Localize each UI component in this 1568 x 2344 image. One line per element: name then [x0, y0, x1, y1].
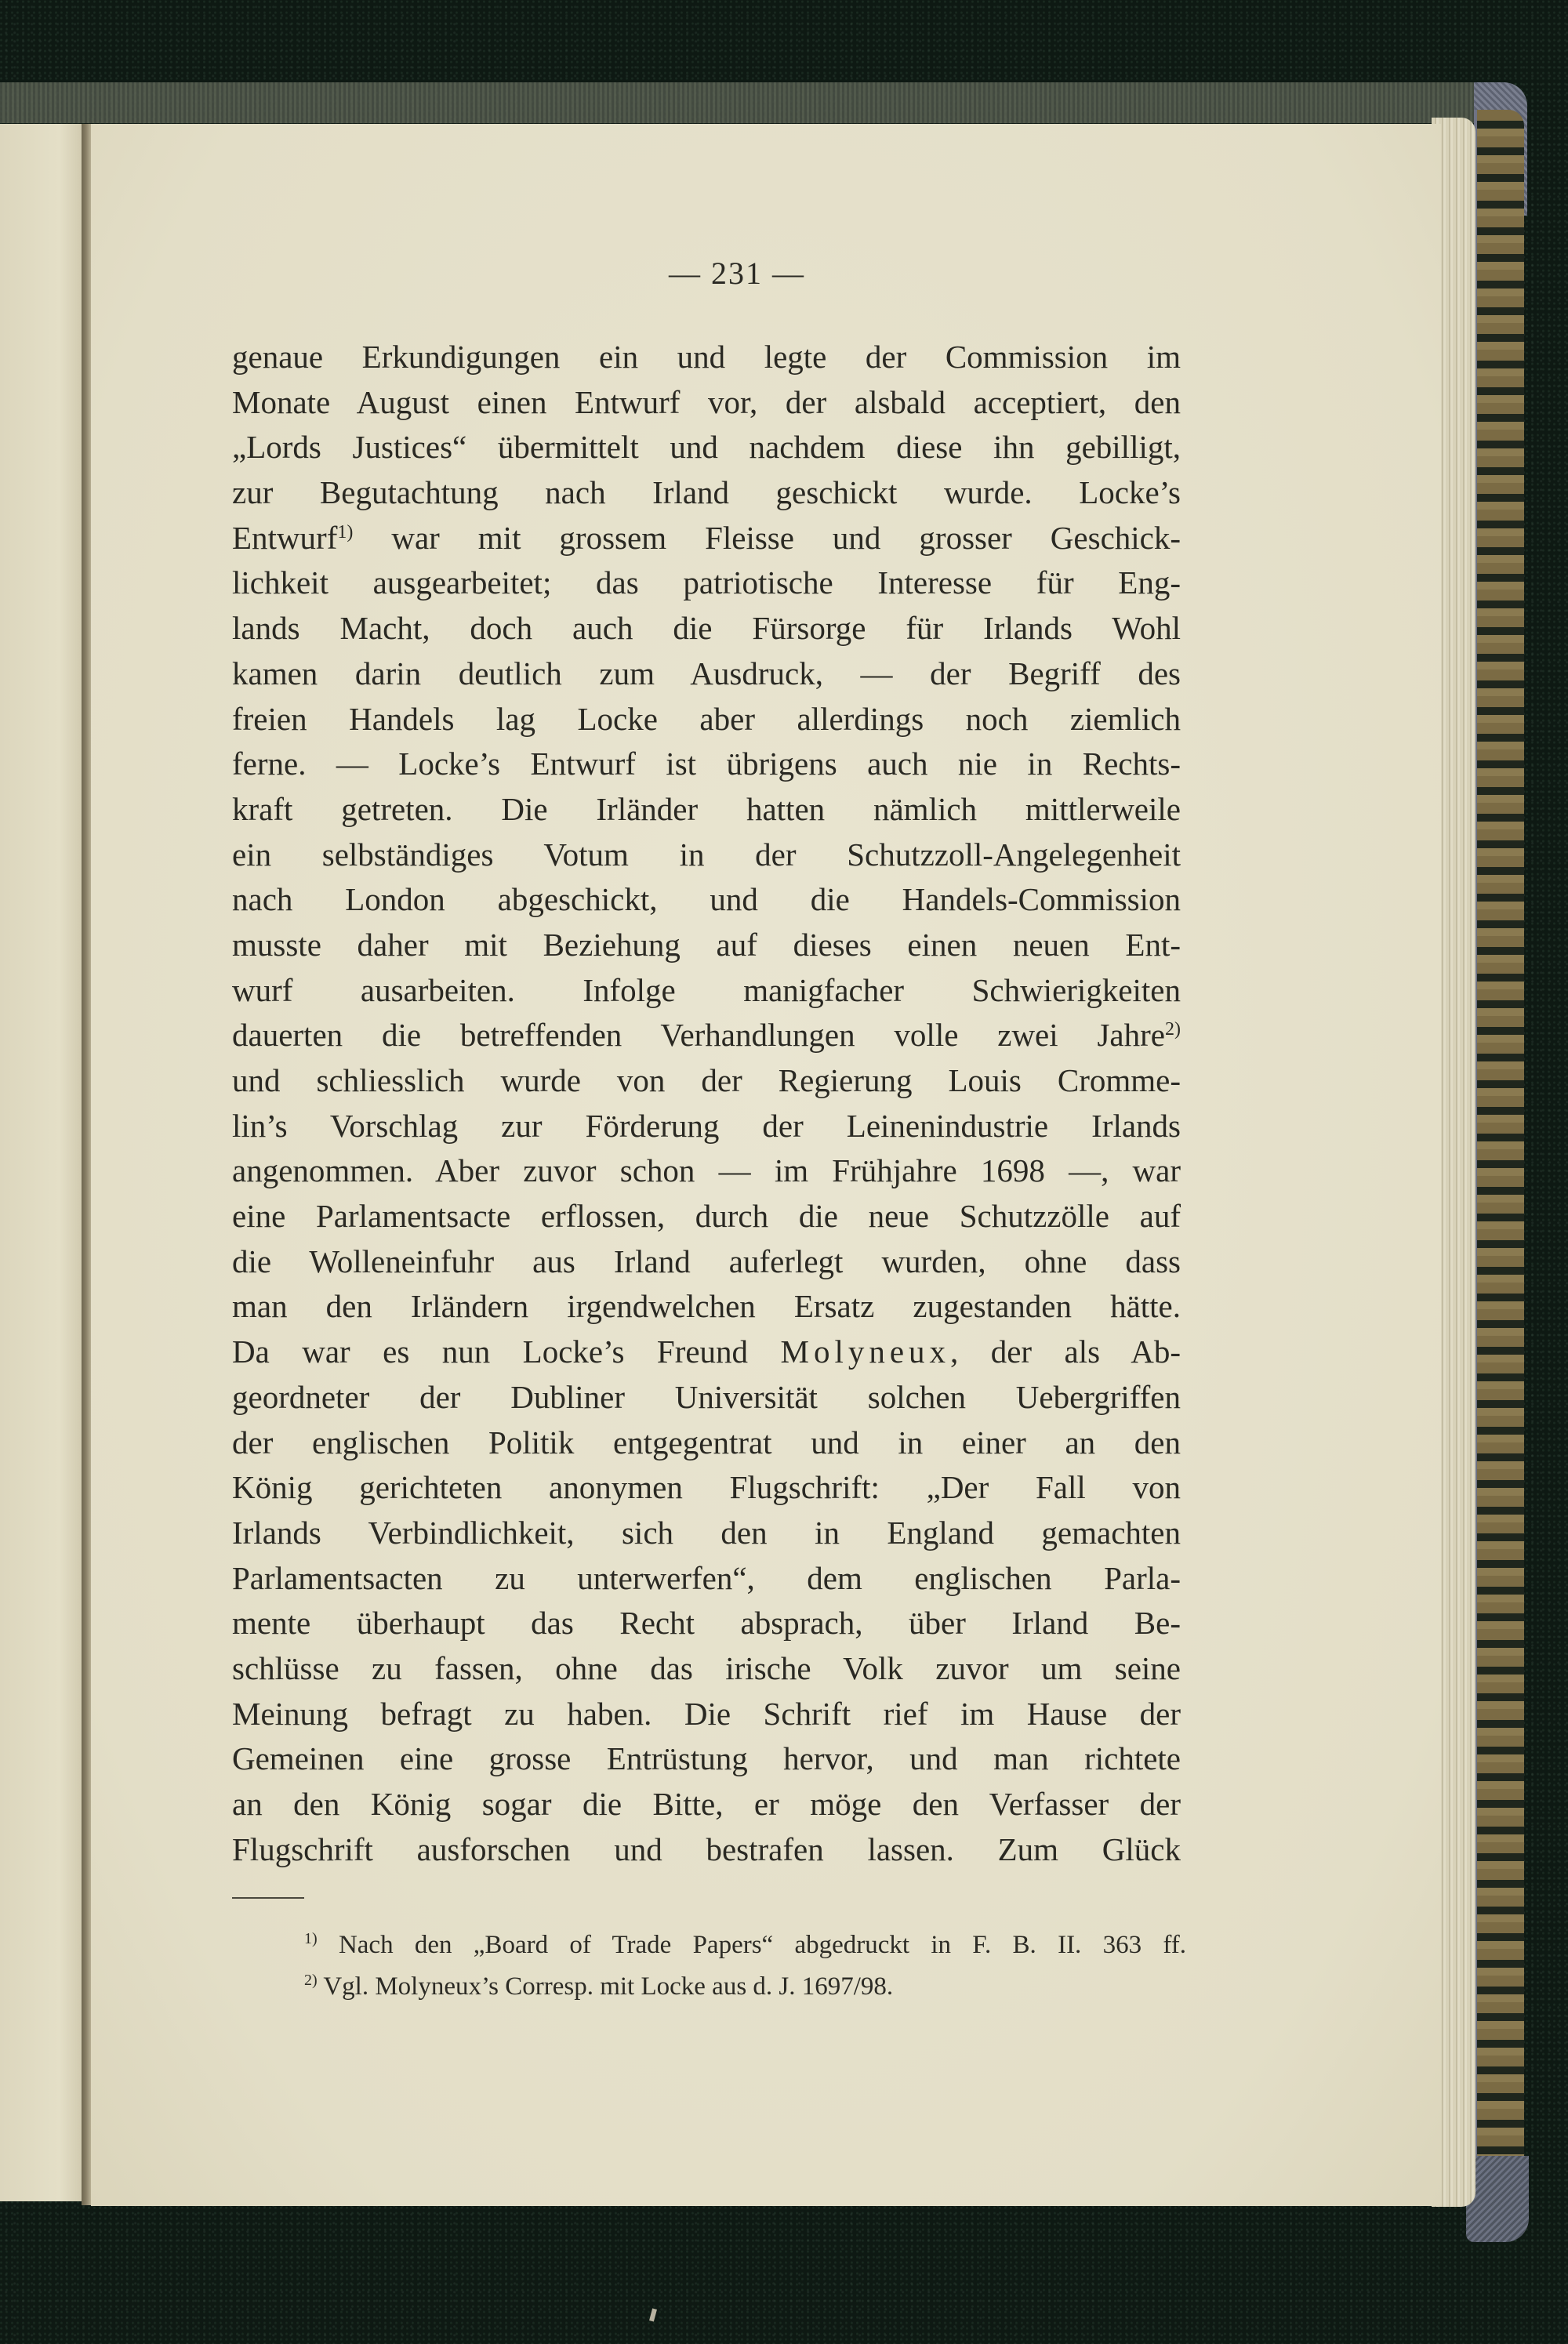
footnote-text: Vgl. Molyneux’s Corresp. mit Locke aus d…: [323, 1972, 893, 2001]
text-line: „Lords Justices“ übermittelt und nachdem…: [232, 425, 1181, 470]
footnote-separator-rule: [232, 1897, 304, 1899]
book-spine-binding: [1477, 110, 1524, 2219]
text-line: wurf ausarbeiten. Infolge manigfacher Sc…: [232, 968, 1181, 1014]
text-line: eine Parlamentsacte erflossen, durch die…: [232, 1194, 1181, 1239]
text-line: lichkeit ausgearbeitet; das patriotische…: [232, 561, 1181, 606]
footnote-ref-1[interactable]: 1): [337, 522, 353, 542]
text-fragment: Entwurf: [232, 520, 337, 556]
text-line: der englischen Politik entgegentrat und …: [232, 1421, 1181, 1466]
page-number: — 231 —: [0, 255, 1474, 292]
footnote-mark: 1): [304, 1930, 318, 1947]
text-fragment: Da war es nun Locke’s Freund: [232, 1333, 748, 1370]
text-line: ein selbständiges Votum in der Schutzzol…: [232, 833, 1181, 878]
book-gutter: [82, 124, 91, 2205]
text-line: nach London abgeschickt, und die Handels…: [232, 877, 1181, 923]
text-line: an den König sogar die Bitte, er möge de…: [232, 1782, 1181, 1827]
text-line: man den Irländern irgendwelchen Ersatz z…: [232, 1284, 1181, 1330]
footnotes: 1) Nach den „Board of Trade Papers“ abge…: [304, 1925, 1186, 2008]
text-line: Meinung befragt zu haben. Die Schrift ri…: [232, 1692, 1181, 1737]
text-line: die Wolleneinfuhr aus Irland auferlegt w…: [232, 1239, 1181, 1285]
footnote-mark: 2): [304, 1972, 318, 1989]
footnote-2: 2) Vgl. Molyneux’s Corresp. mit Locke au…: [304, 1966, 1186, 2008]
stray-paper-fiber: [649, 2308, 657, 2321]
text-line: ferne. — Locke’s Entwurf ist übrigens au…: [232, 742, 1181, 787]
text-line: lands Macht, doch auch die Fürsorge für …: [232, 606, 1181, 651]
text-line: schlüsse zu fassen, ohne das irische Vol…: [232, 1646, 1181, 1692]
text-line: zur Begutachtung nach Irland geschickt w…: [232, 470, 1181, 516]
left-page-edge: [0, 124, 85, 2201]
text-line: angenommen. Aber zuvor schon — im Frühja…: [232, 1148, 1181, 1194]
text-fragment: , der als Ab-: [950, 1333, 1181, 1370]
text-line: freien Handels lag Locke aber allerdings…: [232, 697, 1181, 742]
text-line: kamen darin deutlich zum Ausdruck, — der…: [232, 651, 1181, 697]
text-line: lin’s Vorschlag zur Förderung der Leinen…: [232, 1104, 1181, 1149]
body-text: genaue Erkundigungen ein und legte der C…: [232, 335, 1181, 1872]
text-line: Gemeinen eine grosse Entrüstung hervor, …: [232, 1736, 1181, 1782]
text-line: geordneter der Dubliner Universität solc…: [232, 1375, 1181, 1421]
footnote-text: Nach den „Board of Trade Papers“ abgedru…: [339, 1931, 1186, 1959]
text-line: genaue Erkundigungen ein und legte der C…: [232, 335, 1181, 380]
text-line: Irlands Verbindlichkeit, sich den in Eng…: [232, 1511, 1181, 1556]
text-line: Flugschrift ausforschen und bestrafen la…: [232, 1827, 1181, 1873]
text-fragment: war mit grossem Fleisse und grosser Gesc…: [391, 520, 1181, 556]
text-line: und schliesslich wurde von der Regierung…: [232, 1058, 1181, 1104]
text-line: musste daher mit Beziehung auf dieses ei…: [232, 923, 1181, 968]
text-line: König gerichteten anonymen Flugschrift: …: [232, 1465, 1181, 1511]
text-line: mente überhaupt das Recht absprach, über…: [232, 1601, 1181, 1646]
footnote-ref-2[interactable]: 2): [1165, 1019, 1181, 1040]
text-line: kraft getreten. Die Irländer hatten näml…: [232, 787, 1181, 833]
text-line: Entwurf1) war mit grossem Fleisse und gr…: [232, 516, 1181, 561]
text-line: Monate August einen Entwurf vor, der als…: [232, 380, 1181, 426]
binding-corner-bottom: [1466, 2156, 1529, 2242]
text-line: dauerten die betreffenden Verhandlungen …: [232, 1013, 1181, 1058]
footnote-1: 1) Nach den „Board of Trade Papers“ abge…: [304, 1925, 1186, 1966]
text-fragment: dauerten die betreffenden Verhandlungen …: [232, 1017, 1165, 1053]
text-line: Parlamentsacten zu unterwerfen“, dem eng…: [232, 1556, 1181, 1602]
book-cover-cloth-top: [0, 82, 1474, 123]
text-line: Da war es nun Locke’s Freund Molyneux, d…: [232, 1330, 1181, 1375]
name-molyneux-spaced: Molyneux: [780, 1333, 950, 1370]
